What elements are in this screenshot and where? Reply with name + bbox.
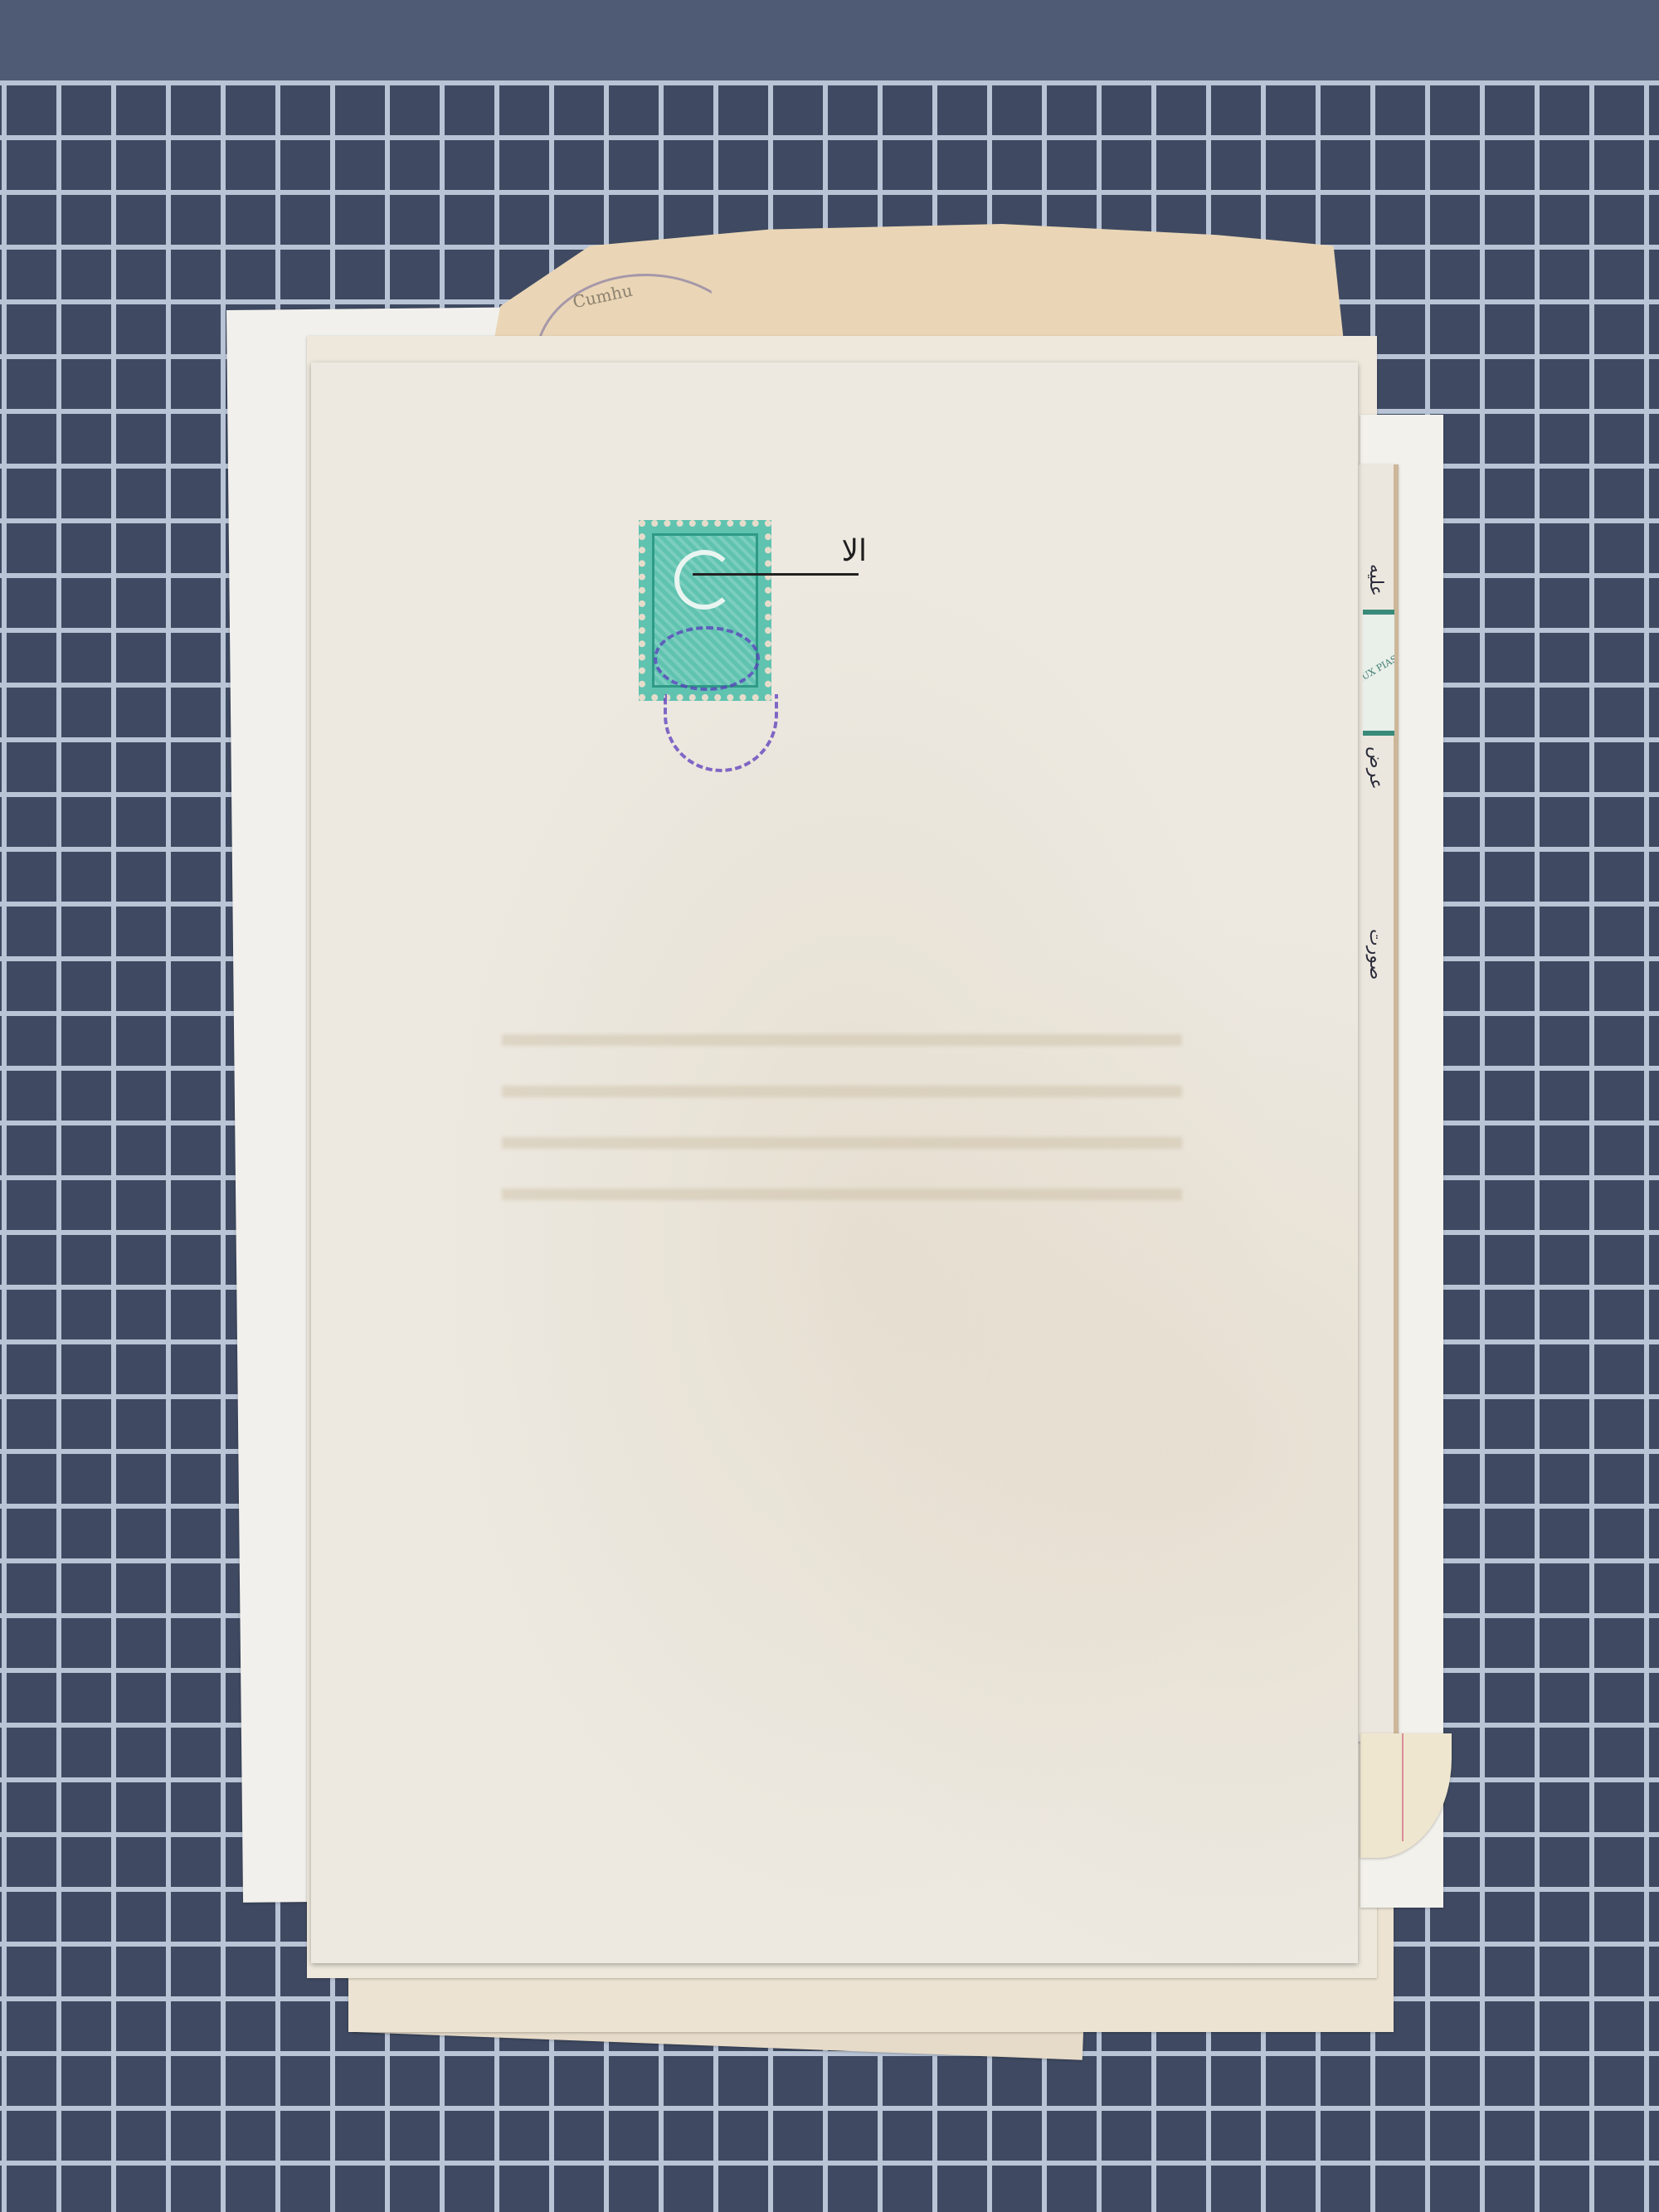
- bleed-through-text: [502, 1009, 1182, 1225]
- mat-top-band: [0, 0, 1659, 80]
- cancellation-seal: [664, 694, 778, 772]
- side-handwriting-middle: ﻋﺮﺽ: [1365, 746, 1386, 790]
- side-revenue-stamp: DEUX PIAST: [1363, 610, 1394, 736]
- crescent-icon: [674, 550, 734, 610]
- front-document-sheet: ﺍﻻ: [311, 362, 1358, 1963]
- handwritten-note: ﺍﻻ: [742, 537, 867, 595]
- side-stamp-text: DEUX PIAST: [1363, 650, 1394, 689]
- stamp-cancellation: [654, 626, 760, 691]
- side-handwriting-top: ﻋﻠﻴﻪ: [1365, 564, 1386, 596]
- red-margin-line: [1402, 1733, 1404, 1841]
- side-handwriting-bottom: ﺻﻮﺭﺕ: [1365, 929, 1386, 980]
